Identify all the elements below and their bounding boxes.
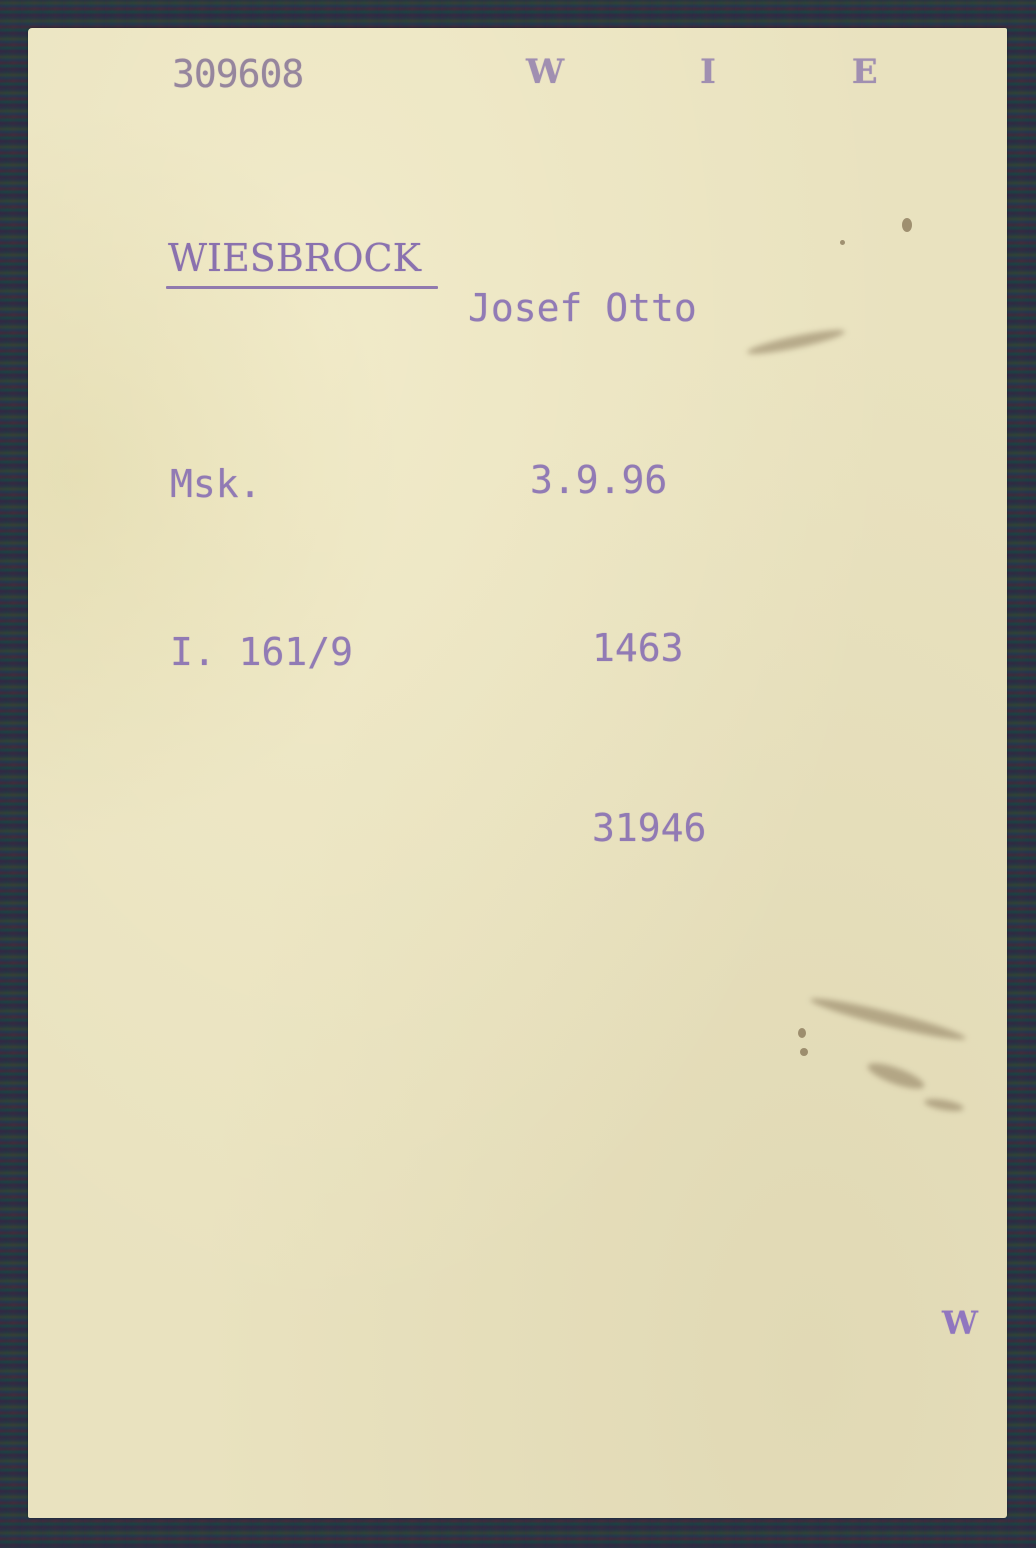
code-letters: W I E — [526, 52, 940, 92]
number-2: 31946 — [592, 806, 706, 850]
stain — [746, 326, 846, 359]
given-names: Josef Otto — [468, 286, 697, 330]
place: Msk. — [170, 462, 262, 506]
stain — [923, 1097, 964, 1114]
stain — [865, 1058, 927, 1094]
corner-mark: W — [942, 1304, 978, 1342]
stain — [800, 1048, 808, 1056]
stain — [798, 1028, 806, 1038]
stain — [902, 218, 912, 232]
reference: I. 161/9 — [170, 630, 353, 674]
record-number: 309608 — [172, 52, 303, 96]
surname: WIESBROCK — [168, 236, 421, 280]
surname-underline — [166, 286, 438, 289]
number-1: 1463 — [592, 626, 684, 670]
stain — [809, 993, 968, 1045]
date: 3.9.96 — [530, 458, 667, 502]
stain — [840, 240, 845, 245]
